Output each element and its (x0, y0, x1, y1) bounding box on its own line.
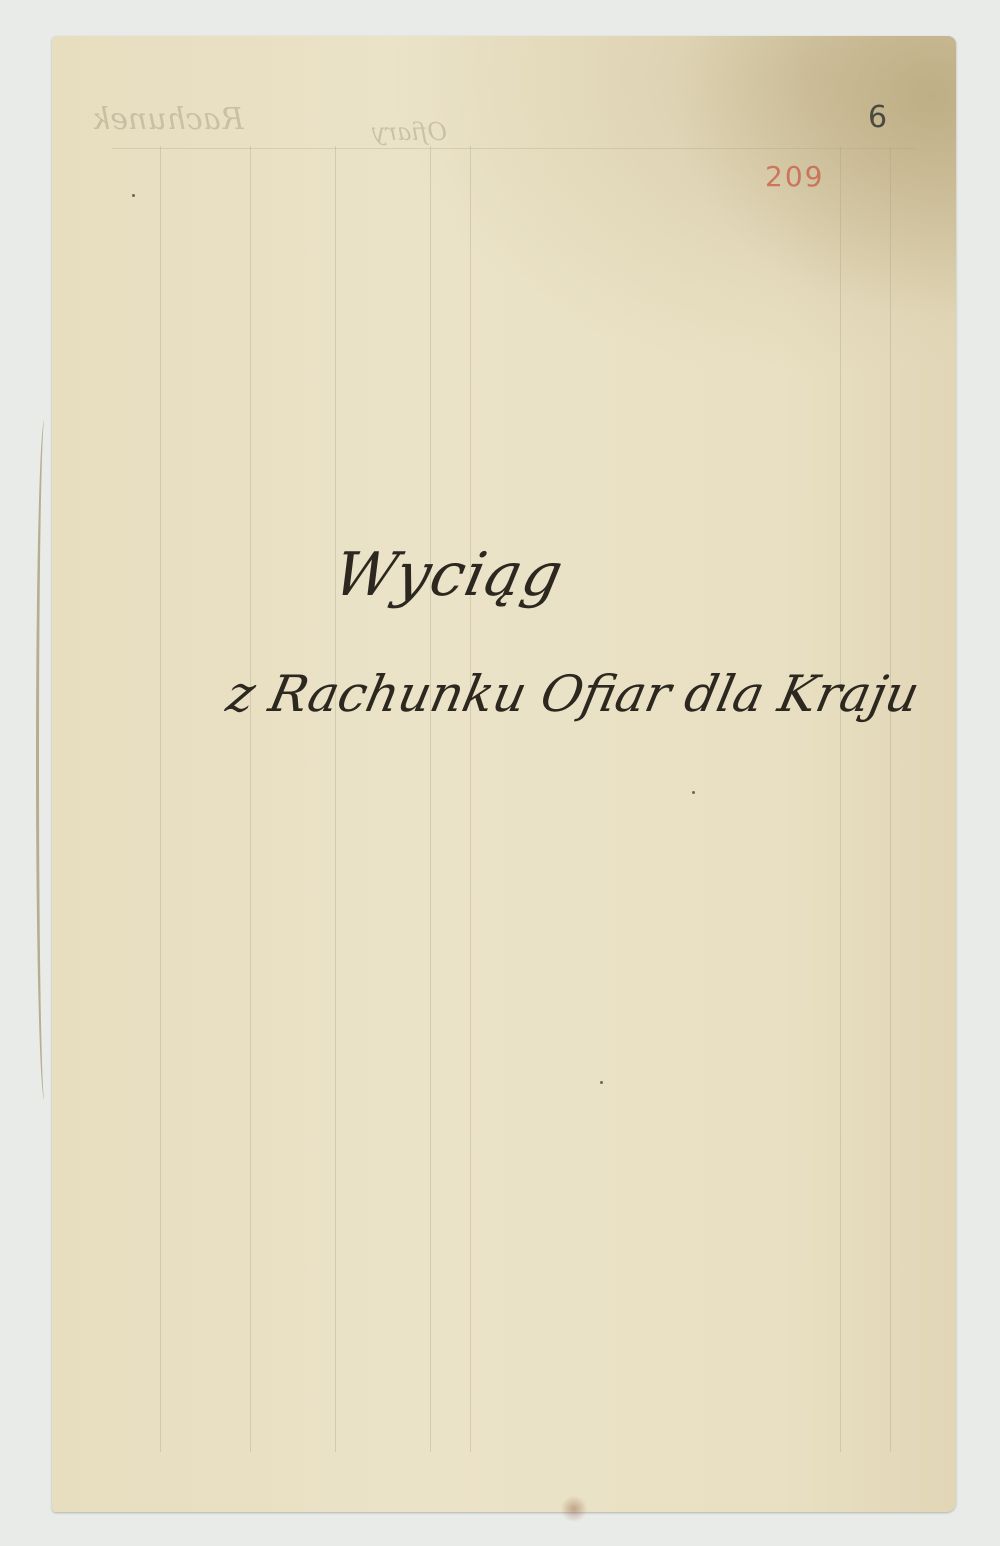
ruled-column-line (890, 146, 891, 1452)
ink-speck (600, 1081, 603, 1084)
ruled-column-line (470, 146, 471, 1452)
ink-speck (692, 791, 695, 794)
ruled-column-line (430, 146, 431, 1452)
ruled-column-line (840, 146, 841, 1452)
document-page: Rachunek Ofiary (52, 36, 956, 1512)
ruled-column-line (250, 146, 251, 1452)
ruled-header-line (112, 148, 916, 149)
bleed-through-heading: Rachunek (92, 102, 244, 137)
ruled-column-line (160, 146, 161, 1452)
document-title: Wyciąg (328, 540, 570, 610)
ink-speck (132, 194, 135, 197)
binding-string (36, 420, 53, 1100)
ink-stain (560, 1496, 588, 1522)
ruled-column-line (335, 146, 336, 1452)
archive-number: 209 (765, 160, 824, 193)
bleed-through-heading: Ofiary (372, 118, 447, 146)
document-subtitle: z Rachunku Ofiar dla Kraju (222, 665, 925, 723)
folio-number: 6 (868, 100, 887, 135)
